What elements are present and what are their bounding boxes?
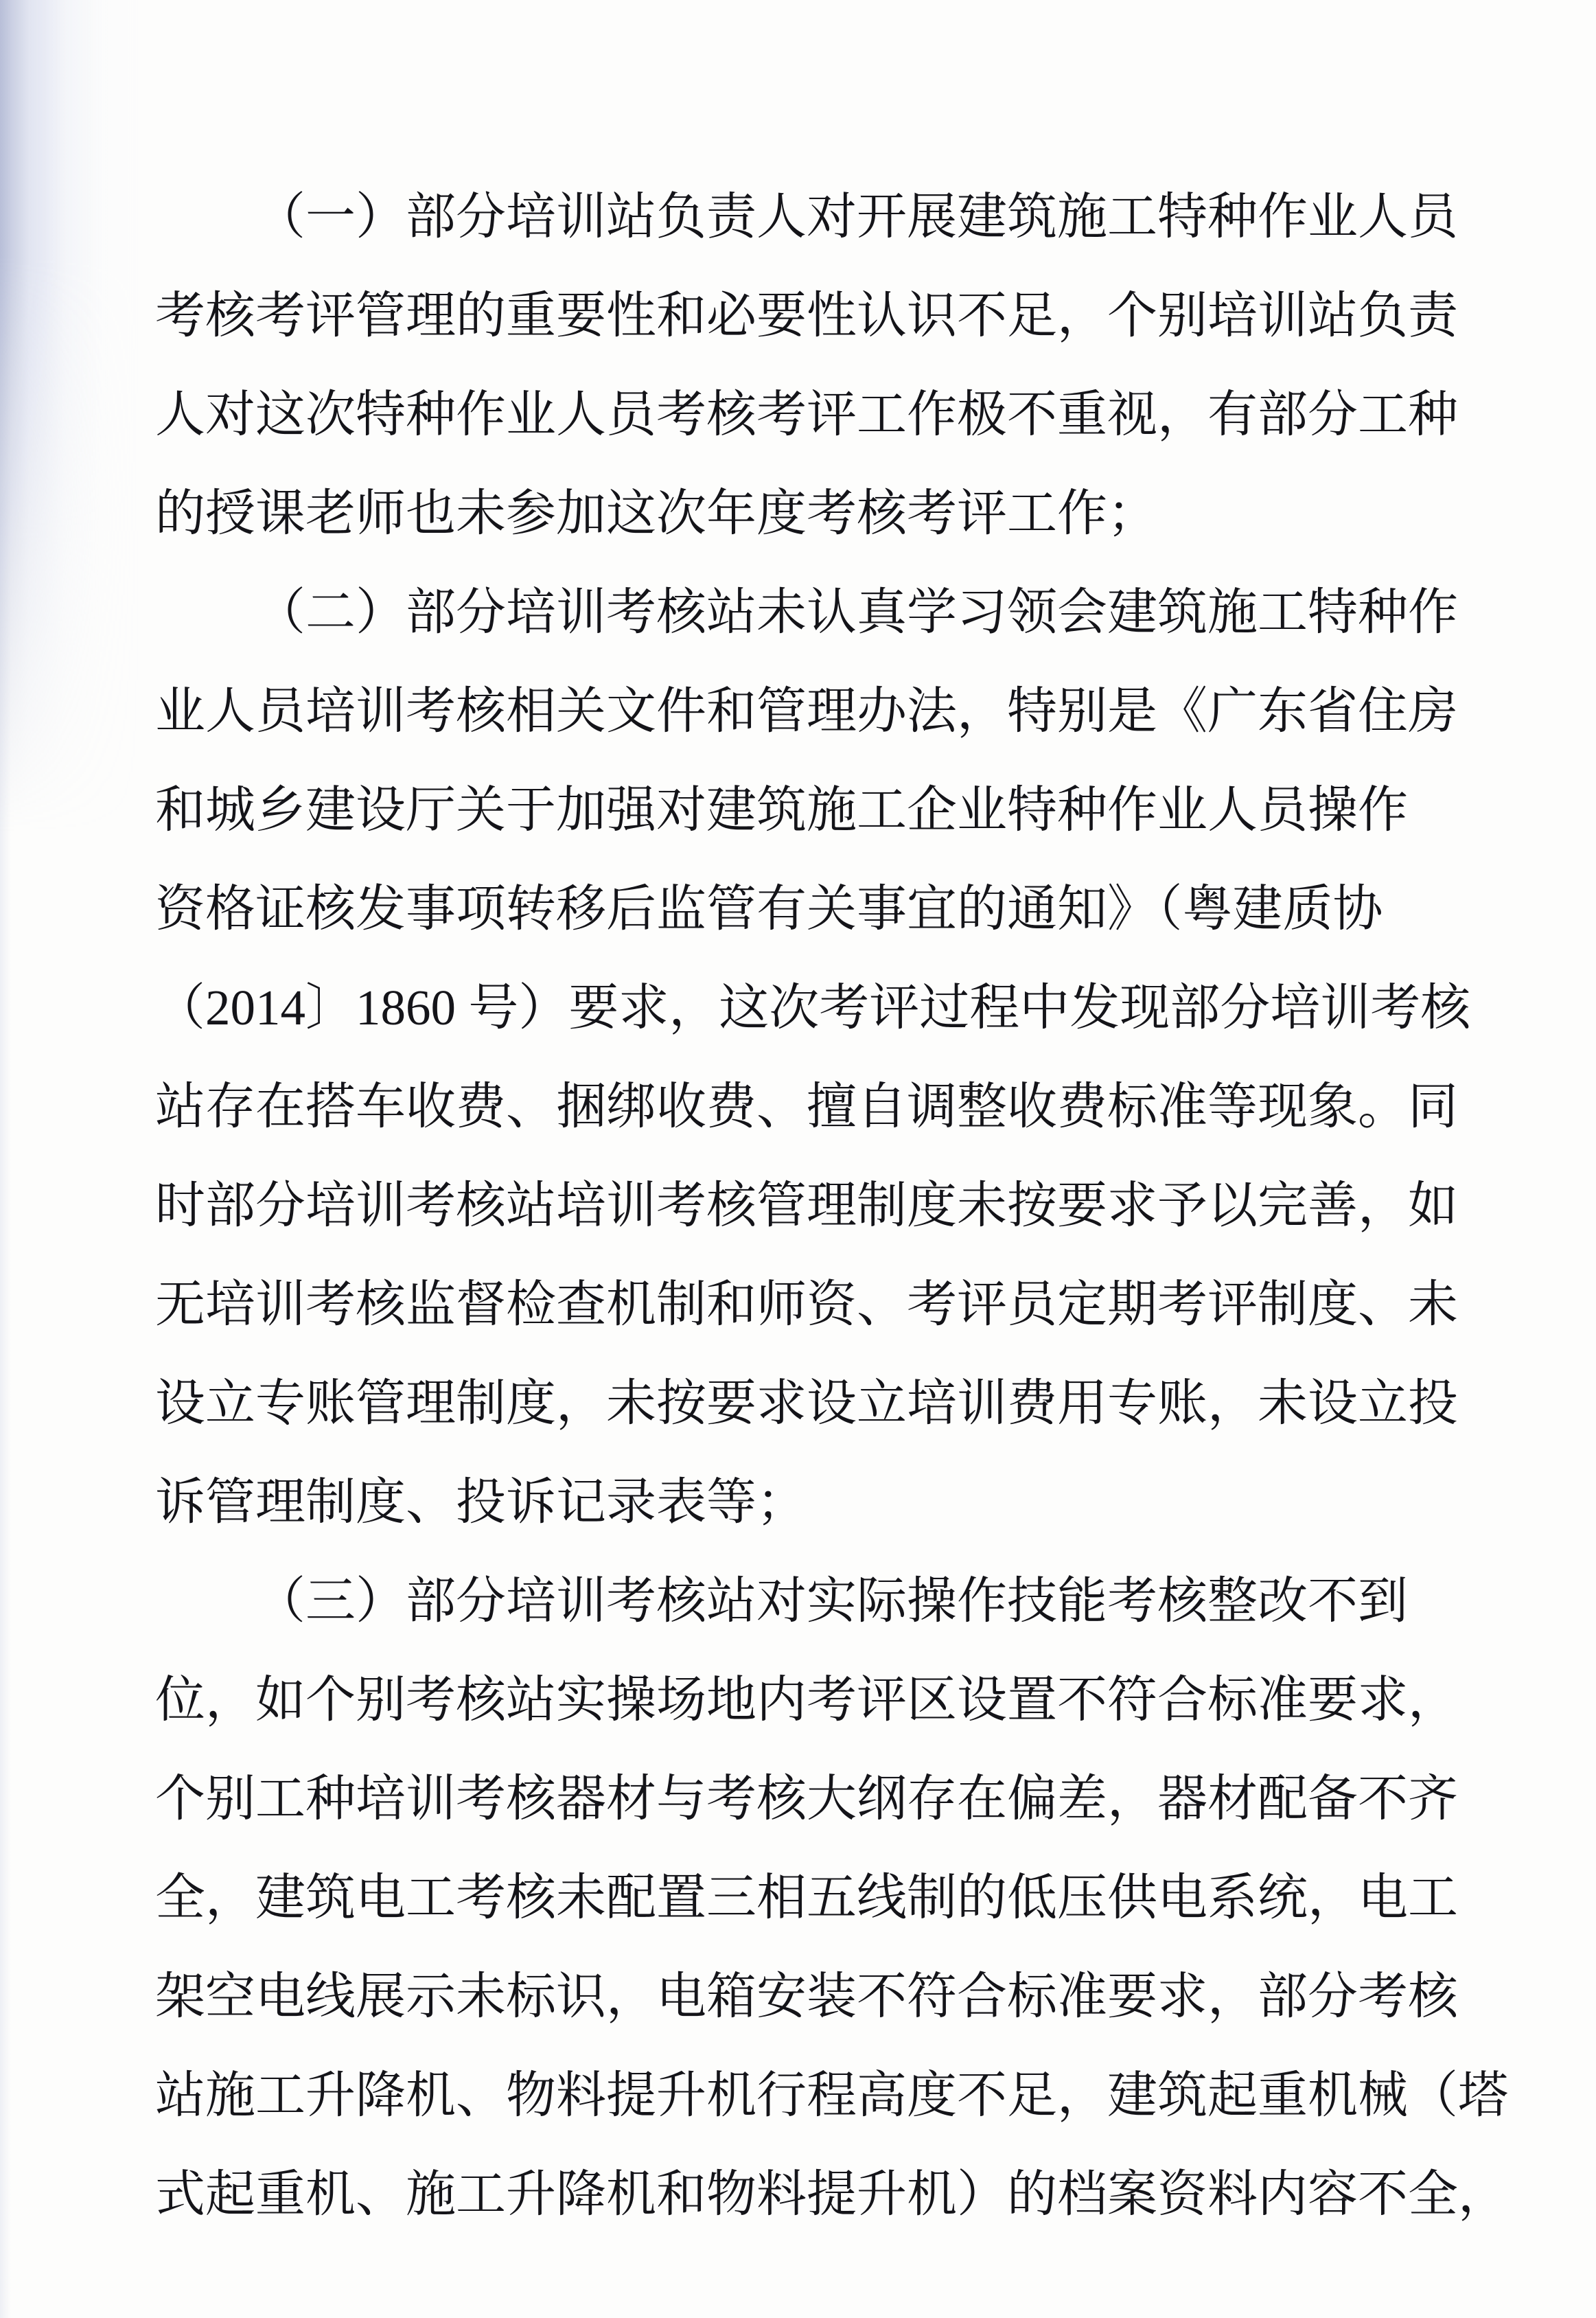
text-line: 站存在搭车收费、捆绑收费、擅自调整收费标准等现象。同 [155, 1057, 1446, 1156]
text-line: 全，建筑电工考核未配置三相五线制的低压供电系统，电工 [155, 1848, 1446, 1947]
text-line: 设立专账管理制度，未按要求设立培训费用专账，未设立投 [155, 1354, 1446, 1453]
text-line: 式起重机、施工升降机和物料提升机）的档案资料内容不全， [155, 2145, 1446, 2244]
paragraph-3: （三）部分培训考核站对实际操作技能考核整改不到 位，如个别考核站实操场地内考评区… [155, 1552, 1446, 2244]
paragraph-1: （一）部分培训站负责人对开展建筑施工特种作业人员 考核考评管理的重要性和必要性认… [155, 168, 1446, 563]
text-line: （三）部分培训考核站对实际操作技能考核整改不到 [155, 1552, 1446, 1651]
scan-edge-shadow [0, 0, 144, 858]
document-body: （一）部分培训站负责人对开展建筑施工特种作业人员 考核考评管理的重要性和必要性认… [155, 168, 1446, 2244]
text-line: （一）部分培训站负责人对开展建筑施工特种作业人员 [155, 168, 1446, 266]
text-line: 架空电线展示未标识，电箱安装不符合标准要求，部分考核 [155, 1947, 1446, 2046]
text-line: 无培训考核监督检查机制和师资、考评员定期考评制度、未 [155, 1255, 1446, 1354]
text-line: （二）部分培训考核站未认真学习领会建筑施工特种作 [155, 563, 1446, 662]
text-line: 站施工升降机、物料提升机行程高度不足，建筑起重机械（塔 [155, 2046, 1446, 2145]
text-line: 人对这次特种作业人员考核考评工作极不重视，有部分工种 [155, 365, 1446, 464]
text-line: （2014〕1860 号）要求，这次考评过程中发现部分培训考核 [155, 959, 1446, 1057]
paragraph-2: （二）部分培训考核站未认真学习领会建筑施工特种作 业人员培训考核相关文件和管理办… [155, 563, 1446, 1552]
text-line: 时部分培训考核站培训考核管理制度未按要求予以完善，如 [155, 1156, 1446, 1255]
scan-edge-strip [0, 0, 11, 2318]
text-line: 和城乡建设厅关于加强对建筑施工企业特种作业人员操作 [155, 761, 1446, 860]
text-line: 的授课老师也未参加这次年度考核考评工作； [155, 464, 1446, 563]
text-line: 业人员培训考核相关文件和管理办法，特别是《广东省住房 [155, 662, 1446, 761]
text-line: 考核考评管理的重要性和必要性认识不足，个别培训站负责 [155, 266, 1446, 365]
text-line: 位，如个别考核站实操场地内考评区设置不符合标准要求， [155, 1651, 1446, 1749]
text-line: 资格证核发事项转移后监管有关事宜的通知》（粤建质协 [155, 860, 1446, 959]
text-line: 个别工种培训考核器材与考核大纲存在偏差，器材配备不齐 [155, 1749, 1446, 1848]
text-line: 诉管理制度、投诉记录表等； [155, 1453, 1446, 1552]
